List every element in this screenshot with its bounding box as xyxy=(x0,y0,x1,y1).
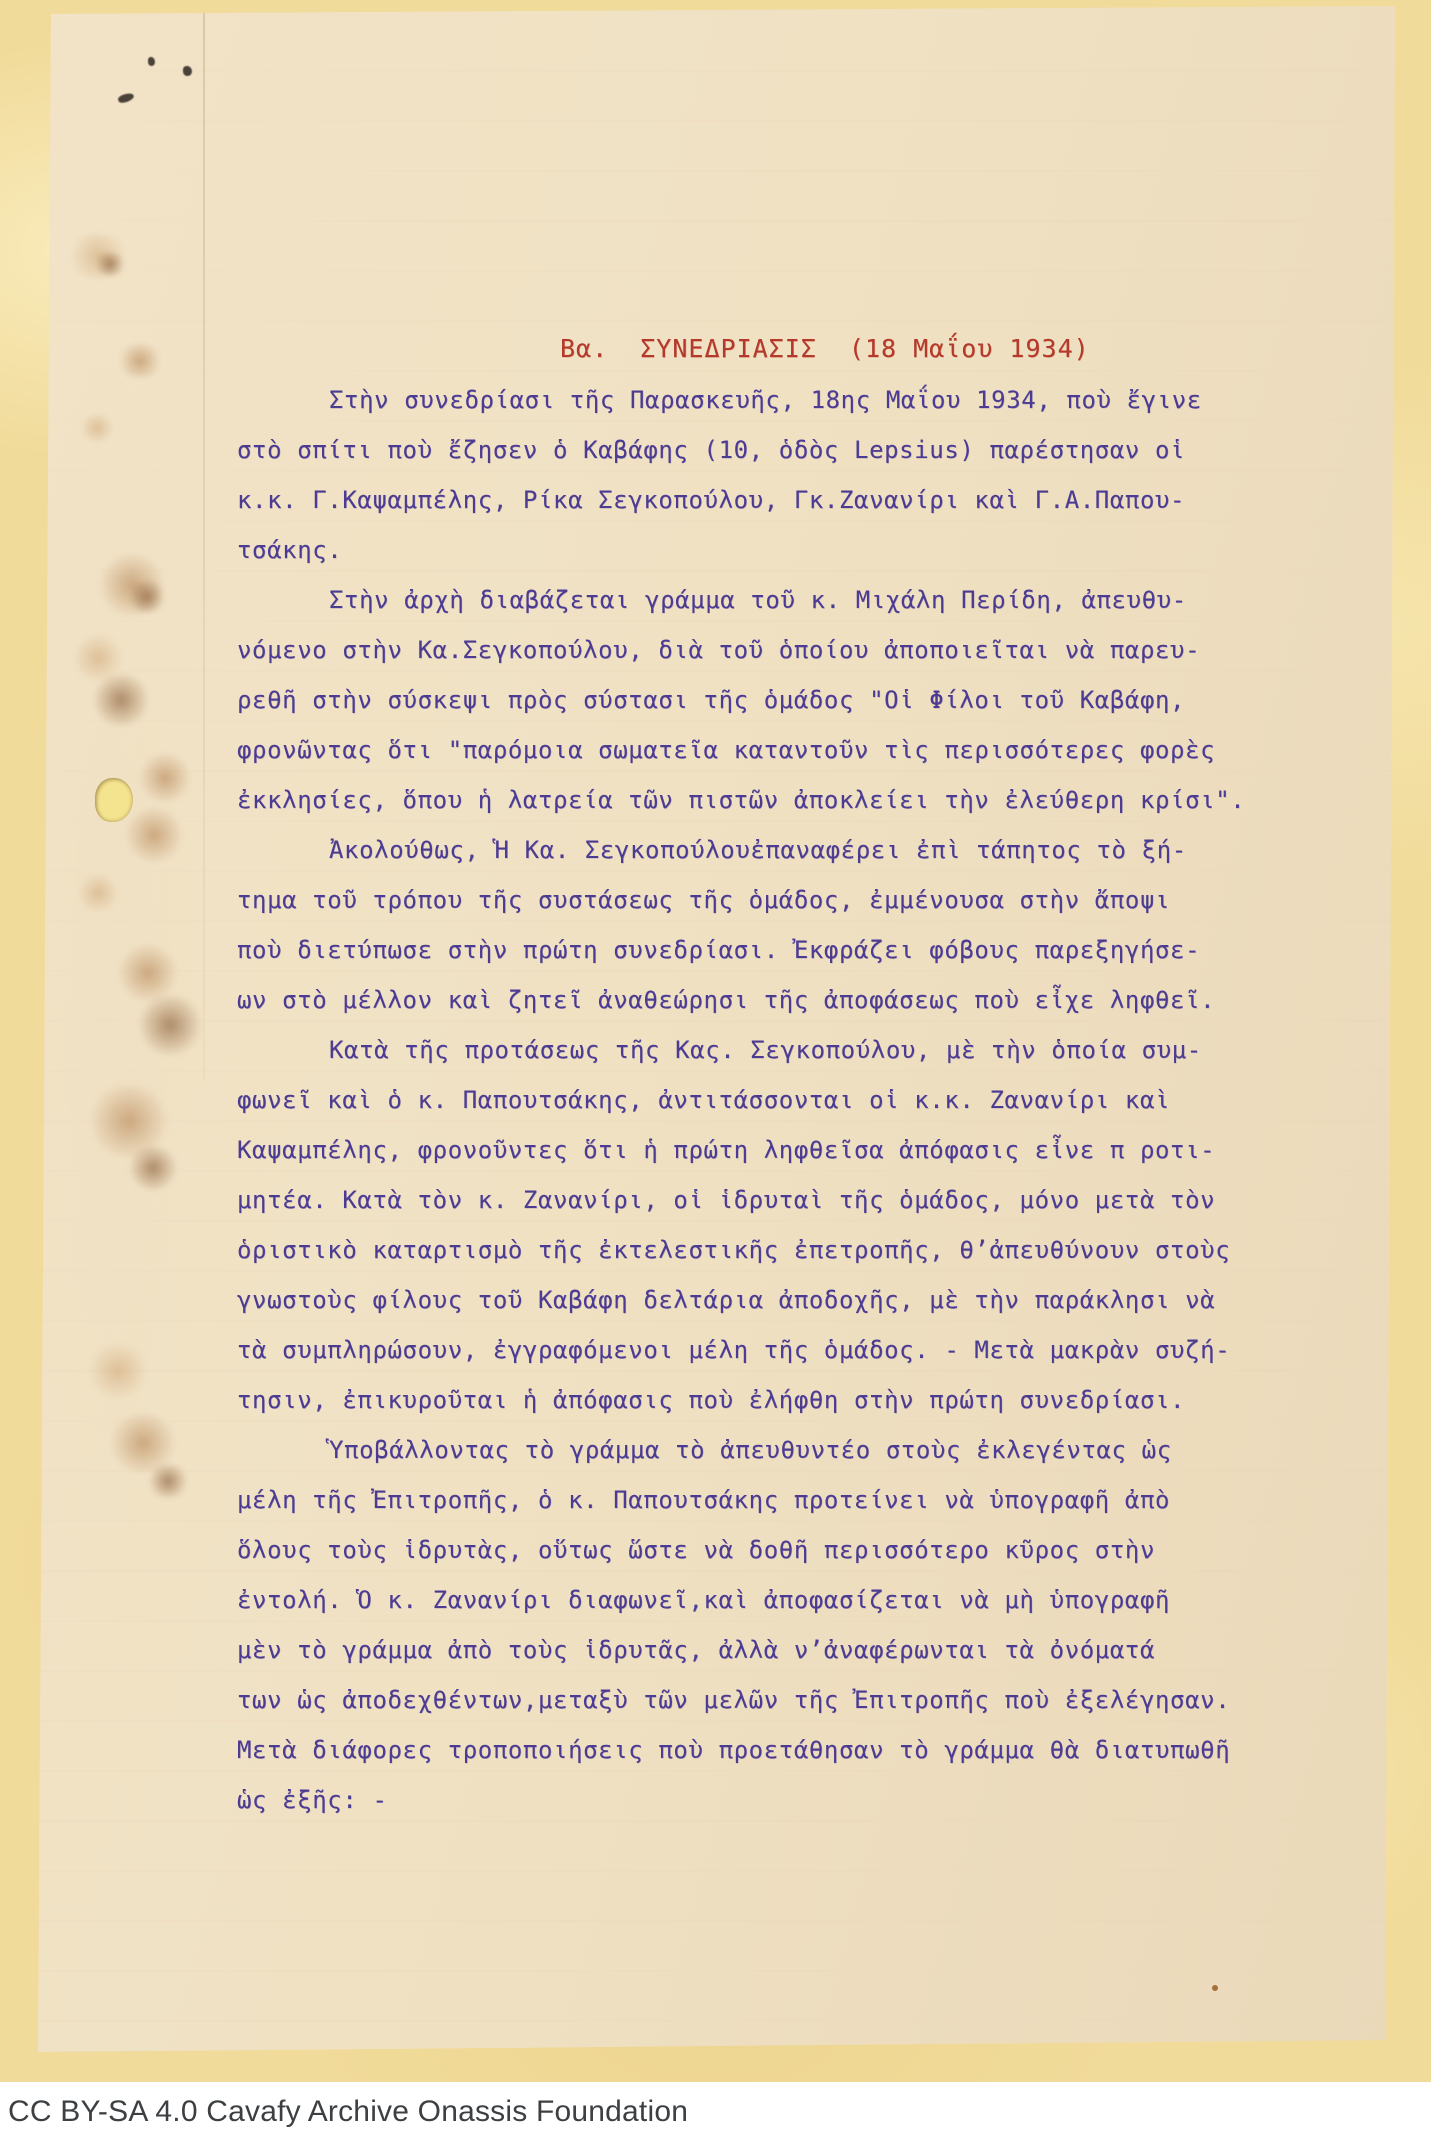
typewritten-line: μὲν τὸ γράμμα ἀπὸ τοὺς ἱδρυτᾶς, ἀλλὰ ν’ἀ… xyxy=(237,1625,1267,1675)
typewritten-line: Στὴν ἀρχὴ διαβάζεται γράμμα τοῦ κ. Μιχάλ… xyxy=(237,575,1267,625)
stain xyxy=(86,1344,150,1398)
speck xyxy=(1212,1985,1218,1991)
typewritten-line: ρεθῆ στὴν σύσκεψι πρὸς σύστασι τῆς ὁμάδο… xyxy=(237,675,1267,725)
typewritten-line: τημα τοῦ τρόπου τῆς συστάσεως τῆς ὁμάδος… xyxy=(237,875,1267,925)
typewritten-line: Στὴν συνεδρίασι τῆς Παρασκευῆς, 18ης Μαΐ… xyxy=(237,375,1267,425)
typewritten-line: μητέα. Κατὰ τὸν κ. Ζανανίρι, οἱ ἱδρυταὶ … xyxy=(237,1175,1267,1225)
license-bar: CC BY-SA 4.0 Cavafy Archive Onassis Foun… xyxy=(0,2082,1431,2142)
typewritten-line: ποὺ διετύπωσε στὴν πρώτη συνεδρίασι. Ἐκφ… xyxy=(237,925,1267,975)
typewritten-line: γνωστοὺς φίλους τοῦ Καβάφη δελτάρια ἀποδ… xyxy=(237,1275,1267,1325)
stain xyxy=(146,1464,190,1498)
typewritten-line: ὁριστικὸ καταρτισμὸ τῆς ἐκτελεστικῆς ἐπε… xyxy=(237,1225,1267,1275)
typewritten-line: ὅλους τοὺς ἱδρυτὰς, οὕτως ὥστε νὰ δοθῆ π… xyxy=(237,1525,1267,1575)
license-credit: CC BY-SA 4.0 Cavafy Archive Onassis Foun… xyxy=(0,2095,688,2129)
typewritten-line: Ἀκολούθως, Ἡ Κα. Σεγκοπούλουἐπαναφέρει ἐ… xyxy=(237,825,1267,875)
stain xyxy=(126,1146,180,1190)
typewritten-line: τησιν, ἐπικυροῦται ἡ ἀπόφασις ποὺ ἐλήφθη… xyxy=(237,1375,1267,1425)
stain xyxy=(116,344,164,378)
speck xyxy=(183,66,192,76)
punch-hole xyxy=(95,778,133,822)
document-page: Βα. ΣΥΝΕΔΡΙΑΣΙΣ (18 Μαΐου 1934) Στὴν συν… xyxy=(38,6,1396,2052)
stain xyxy=(93,252,127,276)
typewritten-line: Μετὰ διάφορες τροποποιήσεις ποὺ προετάθη… xyxy=(237,1725,1267,1775)
document-body: Στὴν συνεδρίασι τῆς Παρασκευῆς, 18ης Μαΐ… xyxy=(237,375,1267,1825)
typewritten-line: Ὑποβάλλοντας τὸ γράμμα τὸ ἀπευθυντέο στο… xyxy=(237,1425,1267,1475)
stain xyxy=(126,581,168,613)
fold-crease xyxy=(203,6,205,1081)
typewritten-line: νόμενο στὴν Κα.Σεγκοπούλου, διὰ τοῦ ὁποί… xyxy=(237,625,1267,675)
typewritten-line: ὡς ἐξῆς: - xyxy=(237,1775,1267,1825)
typewritten-line: τσάκης. xyxy=(237,525,1267,575)
typewritten-line: μέλη τῆς Ἐπιτροπῆς, ὁ κ. Παπουτσάκης προ… xyxy=(237,1475,1267,1525)
typewritten-line: κ.κ. Γ.Καψαμπέλης, Ρίκα Σεγκοπούλου, Γκ.… xyxy=(237,475,1267,525)
stain xyxy=(136,754,194,802)
stain xyxy=(76,874,120,912)
typewritten-line: φρονῶντας ὅτι "παρόμοια σωματεῖα καταντο… xyxy=(237,725,1267,775)
typewritten-line: ων στὸ μέλλον καὶ ζητεῖ ἀναθεώρησι τῆς ἀ… xyxy=(237,975,1267,1025)
stain xyxy=(136,994,204,1056)
typewritten-line: των ὡς ἀποδεχθέντων,μεταξὺ τῶν μελῶν τῆς… xyxy=(237,1675,1267,1725)
document-title: Βα. ΣΥΝΕΔΡΙΑΣΙΣ (18 Μαΐου 1934) xyxy=(560,334,1090,364)
typewritten-line: Καψαμπέλης, φρονοῦντες ὅτι ἡ πρώτη ληφθε… xyxy=(237,1125,1267,1175)
typewritten-line: φωνεῖ καὶ ὁ κ. Παπουτσάκης, ἀντιτάσσοντα… xyxy=(237,1075,1267,1125)
stain xyxy=(90,674,152,726)
stain xyxy=(122,808,186,862)
typewritten-line: στὸ σπίτι ποὺ ἔζησεν ὁ Καβάφης (10, ὁδὸς… xyxy=(237,425,1267,475)
typewritten-line: ἐντολή. Ὁ κ. Ζανανίρι διαφωνεῖ,καὶ ἀποφα… xyxy=(237,1575,1267,1625)
typewritten-line: τὰ συμπληρώσουν, ἐγγραφόμενοι μέλη τῆς ὁ… xyxy=(237,1325,1267,1375)
typewritten-line: ἐκκλησίες, ὅπου ἡ λατρεία τῶν πιστῶν ἀπο… xyxy=(237,775,1267,825)
speck xyxy=(117,92,135,105)
stain xyxy=(78,414,116,442)
typewritten-line: Κατὰ τῆς προτάσεως τῆς Κας. Σεγκοπούλου,… xyxy=(237,1025,1267,1075)
speck xyxy=(148,57,155,66)
